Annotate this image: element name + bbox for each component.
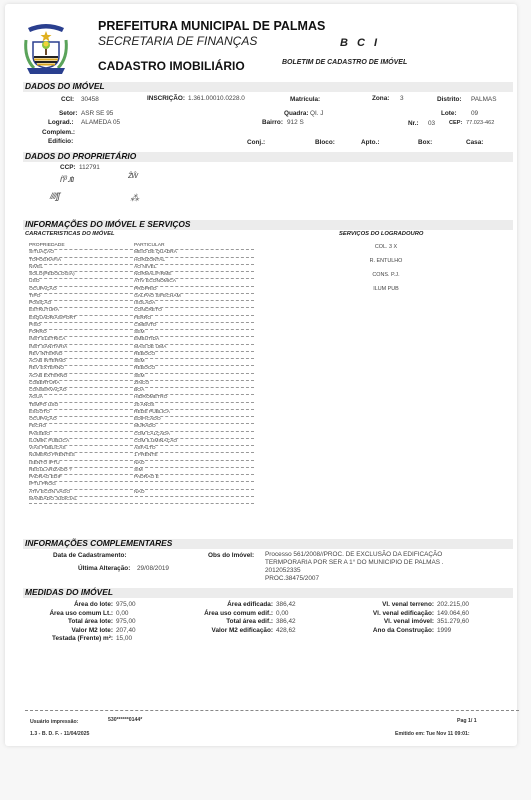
section-proprietario: DADOS DO PROPRIETÁRIO xyxy=(23,152,513,162)
caracteristica-row: IPTU PROG xyxy=(29,482,254,489)
medida-value: 386,42 xyxy=(276,618,296,625)
medida-label: Área edificada: xyxy=(227,601,273,608)
cep-value: 77.023-462 xyxy=(466,120,494,126)
caracteristica-key: TEMPO USO xyxy=(29,403,58,409)
medida-row: Área edificada:386,42 xyxy=(183,601,333,610)
caracteristica-key: FORRO xyxy=(29,330,47,336)
caracteristica-row: REV INTERNOREBOCO xyxy=(29,352,254,359)
caracteristica-row: FECHOMURADO xyxy=(29,424,254,431)
medida-label: Vl. venal imóvel: xyxy=(384,618,434,625)
medida-value: 0,00 xyxy=(276,610,288,617)
section-title: INFORMAÇÕES DO IMÓVEL E SERVIÇOS xyxy=(25,219,191,229)
redacted-owner-doc: ẑŵ xyxy=(128,170,137,180)
medida-label: Total área edif.: xyxy=(226,618,273,625)
setor-label: Setor: xyxy=(59,110,77,117)
caracteristica-value: EMBUTIDA xyxy=(134,337,159,343)
caracteristica-value: ASFALTO xyxy=(134,446,156,452)
section-title: MEDIDAS DO IMÓVEL xyxy=(25,587,113,597)
section-dados-imovel: DADOS DO IMÓVEL xyxy=(23,82,513,92)
caracteristica-value: CIMENTO xyxy=(134,323,156,329)
caracteristica-value: 20 ANOS xyxy=(134,403,154,409)
section-complementares: INFORMAÇÕES COMPLEMENTARES xyxy=(23,539,513,549)
medida-label: Área do lote: xyxy=(74,601,113,608)
caracteristica-key: REGULARIZADO ? xyxy=(29,468,72,474)
caracteristica-key: INST SANITÁRIA xyxy=(29,345,67,351)
section-title: DADOS DO PROPRIETÁRIO xyxy=(25,151,136,161)
caracteristica-key: INST ELÉTRICA xyxy=(29,337,65,343)
logradouro-service: ILUM PUB xyxy=(341,286,431,292)
caracteristica-row: TOPOGRAFIAHORIZONTAL xyxy=(29,258,254,265)
caracteristica-value: PADRAO E xyxy=(134,475,159,481)
obs-line: PROC.38475/2007 xyxy=(265,575,444,583)
caracteristica-row: TEMPO USO20 ANOS xyxy=(29,403,254,410)
lograd-value: ALAMEDA 05 xyxy=(81,119,120,126)
medida-label: Área uso comum Lt.: xyxy=(49,610,113,617)
medida-label: Ano da Construção: xyxy=(373,627,434,634)
caracteristica-row: ATIV ECON VAGONAO xyxy=(29,490,254,497)
caracteristica-row: ESGOTOREDE PÚBLICA xyxy=(29,410,254,417)
department: SECRETARIA DE FINANÇAS xyxy=(98,34,257,48)
cep-label: CEP: xyxy=(449,120,462,126)
caracteristica-key: TIPO xyxy=(29,294,40,300)
document-page: PREFEITURA MUNICIPAL DE PALMAS SECRETARI… xyxy=(5,4,517,746)
caracteristica-key: ATIV ECON VAGO xyxy=(29,490,70,496)
footer-divider xyxy=(25,710,519,711)
caracteristica-key: ACAB EXTERNO xyxy=(29,374,67,380)
medida-value: 0,00 xyxy=(116,610,128,617)
caracteristica-row: NUMERO FRENTES1 FRENTE xyxy=(29,453,254,460)
caracteristica-key: ESQUADRIAS/PORT xyxy=(29,316,76,322)
section-name: CADASTRO IMOBILIÁRIO xyxy=(98,59,245,73)
medida-row: Vl. venal terreno:202.215,00 xyxy=(359,601,494,610)
caracteristica-value: NÃO xyxy=(134,461,145,467)
usuario-impressao-value: 530******0144* xyxy=(108,717,142,723)
quadra-label: Quadra: xyxy=(284,110,309,117)
caracteristica-row: PASSEIOCOM CALÇADA xyxy=(29,432,254,439)
medida-row: Total área lote:975,00 xyxy=(23,618,173,627)
obs-line: Processo 561/2008//PROC. DE EXCLUSÃO DA … xyxy=(265,551,444,559)
medida-label: Vl. venal edificação: xyxy=(373,610,434,617)
caracteristica-key: MANDADO JUDICIAL xyxy=(29,497,77,503)
medida-value: 15,00 xyxy=(116,635,132,642)
caracteristica-value: PARTICULAR xyxy=(134,243,165,249)
zona-value: 3 xyxy=(400,95,404,102)
obs-line: 2012052335 xyxy=(265,567,444,575)
caracteristica-key: USO xyxy=(29,279,40,285)
medida-label: Valor M2 lote: xyxy=(71,627,113,634)
medidas-lote: Área do lote:975,00Área uso comum Lt.:0,… xyxy=(23,601,173,644)
caracteristica-value: HORIZONTAL xyxy=(134,258,165,264)
apto-label: Apto.: xyxy=(361,139,379,146)
caracteristica-row: INST ELÉTRICAEMBUTIDA xyxy=(29,337,254,344)
caracteristica-row: SITUAÇÃOMEIO DE QUADRA xyxy=(29,250,254,257)
caracteristica-row: OCUPAÇÃOPRÓPRIO xyxy=(29,287,254,294)
zona-label: Zona: xyxy=(372,95,389,102)
lote-value: 09 xyxy=(471,110,478,117)
caracteristica-value: COM ILUMINAÇÃO xyxy=(134,439,177,445)
caracteristica-value: FERRO xyxy=(134,316,151,322)
ccp-value: 112791 xyxy=(79,164,100,171)
caracteristica-key: ILUMIN. PÚBLICA xyxy=(29,439,69,445)
casa-label: Casa: xyxy=(466,139,483,146)
caracteristica-value: GALPÃO S/FECHAM xyxy=(134,294,181,300)
redacted-owner-extra: ⁂ xyxy=(130,193,138,204)
caracteristica-value: SEM xyxy=(134,359,145,365)
caracteristica-key: FECHO xyxy=(29,424,46,430)
ccp-label: CCP: xyxy=(60,164,76,171)
caracteristica-value: ATIV ECONOMICA xyxy=(134,279,176,285)
caracteristica-value: 1 FRENTE xyxy=(134,453,158,459)
caracteristica-value: BOA xyxy=(134,388,144,394)
medida-value: 202.215,00 xyxy=(437,601,469,608)
medida-value: 428,62 xyxy=(276,627,296,634)
caracteristica-key: COBERTURA xyxy=(29,381,60,387)
redacted-owner-address: ////ʃʃ xyxy=(50,191,59,201)
medidas-valor-venal: Vl. venal terreno:202.215,00Vl. venal ed… xyxy=(359,601,494,635)
caracteristica-value: SIM xyxy=(134,468,143,474)
caracteristica-value: NORMAL/FIRME xyxy=(134,272,172,278)
caracteristica-key: PROPRIEDADE xyxy=(29,243,65,249)
caracteristica-key: ISENTO IPTU xyxy=(29,461,60,467)
medida-row: Área do lote:975,00 xyxy=(23,601,173,610)
lote-label: Lote: xyxy=(441,110,457,117)
caracteristica-key: REV EXTERNO xyxy=(29,366,64,372)
medida-value: 975,00 xyxy=(116,618,136,625)
caracteristica-value: AO NIVEL xyxy=(134,265,157,271)
section-medidas: MEDIDAS DO IMÓVEL xyxy=(23,588,513,598)
data-cadastramento-label: Data de Cadastramento: xyxy=(53,552,127,559)
caracteristica-key: VIAS PÚBLICAS xyxy=(29,446,66,452)
medida-row: Área uso comum Lt.:0,00 xyxy=(23,610,173,619)
caracteristica-value: MEIO DE QUADRA xyxy=(134,250,177,256)
ultima-alteracao-value: 29/08/2019 xyxy=(137,565,169,572)
obs-line: TERMPORARIA POR SER A 1° DO MUNICIPIO DE… xyxy=(265,559,444,567)
org-name: PREFEITURA MUNICIPAL DE PALMAS xyxy=(98,19,325,33)
caracteristica-value: SEM xyxy=(134,374,145,380)
quadra-value: QI. J xyxy=(310,110,324,117)
medida-row: Vl. venal imóvel:351.279,60 xyxy=(359,618,494,627)
logradouro-title: SERVIÇOS DO LOGRADOURO xyxy=(339,231,423,237)
distrito-label: Distrito: xyxy=(437,96,462,103)
logradouro-service: CONS. P.J. xyxy=(341,272,431,278)
caracteristica-row: ESTRUTURACONCRETO xyxy=(29,308,254,315)
caracteristica-row: ISENTO IPTUNÃO xyxy=(29,461,254,468)
medida-row: Valor M2 lote:207,40 xyxy=(23,627,173,636)
caracteristica-row: ACAB EXTERNOSEM xyxy=(29,374,254,381)
medida-label: Valor M2 edificação: xyxy=(212,627,273,634)
obs-label: Obs do Imóvel: xyxy=(208,552,254,559)
caracteristica-value: MAIS DE UMA xyxy=(134,345,166,351)
medida-row: Área uso comum edif.:0,00 xyxy=(183,610,333,619)
caracteristica-key: TOPOGRAFIA xyxy=(29,258,61,264)
medida-row: Ano da Construção:1999 xyxy=(359,627,494,636)
caracteristica-key: OCUPAÇÃO xyxy=(29,287,57,293)
caracteristica-value: ISOLADA xyxy=(134,301,155,307)
caracteristica-row: PISOCIMENTO xyxy=(29,323,254,330)
version-info: 1.3 - B. D. F. - 11/04/2025 xyxy=(30,731,89,737)
cci-value: 30458 xyxy=(81,96,99,103)
box-label: Box: xyxy=(418,139,432,146)
caracteristica-value: EDIFICADO xyxy=(134,417,161,423)
logradouro-service: R. ENTULHO xyxy=(341,258,431,264)
caracteristicas-table: PROPRIEDADEPARTICULARSITUAÇÃOMEIO DE QUA… xyxy=(29,243,254,504)
caracteristicas-title: CARACTERISTICAS DO IMÓVEL xyxy=(25,231,115,237)
caracteristica-row: MANDADO JUDICIAL xyxy=(29,497,254,504)
edificio-label: Edifício: xyxy=(48,138,73,145)
medida-label: Área uso comum edif.: xyxy=(204,610,273,617)
caracteristica-row: REV EXTERNOREBOCO xyxy=(29,366,254,373)
medida-row: Total área edif.:386,42 xyxy=(183,618,333,627)
caracteristica-row: ESQUADRIAS/PORTFERRO xyxy=(29,316,254,323)
emitido-em: Emitido em: Tue Nov 11 09:01: xyxy=(395,731,470,737)
caracteristica-value: HIDRÔMETRO xyxy=(134,395,167,401)
bairro-label: Bairro: xyxy=(262,119,283,126)
caracteristica-key: POSIÇÃO xyxy=(29,301,51,307)
redacted-owner-name: ñ³ .ıtı xyxy=(60,174,74,184)
caracteristica-value: COM CALÇADA xyxy=(134,432,170,438)
caracteristica-key: ÁGUA xyxy=(29,395,43,401)
caracteristica-key: ACAB INTERNO xyxy=(29,359,66,365)
caracteristica-key: PISO xyxy=(29,323,41,329)
caracteristica-value: REDE PÚBLICA xyxy=(134,410,170,416)
medida-value: 351.279,60 xyxy=(437,618,469,625)
medida-label: Vl. venal terreno: xyxy=(382,601,434,608)
caracteristica-row: ILUMIN. PÚBLICACOM ILUMINAÇÃO xyxy=(29,439,254,446)
caracteristica-key: PASSEIO xyxy=(29,432,50,438)
complem-label: Complem.: xyxy=(42,129,75,136)
medida-row: Vl. venal edificação:149.064,60 xyxy=(359,610,494,619)
medida-value: 386,42 xyxy=(276,601,296,608)
matricula-label: Matrícula: xyxy=(290,96,320,103)
logradouro-service: COL. 3 X xyxy=(341,244,431,250)
coat-of-arms-icon xyxy=(22,18,70,78)
caracteristica-row: PADRAO EDIFPADRAO E xyxy=(29,475,254,482)
caracteristica-key: ESGOTO xyxy=(29,410,50,416)
inscricao-label: INSCRIÇÃO: xyxy=(147,95,185,102)
cci-label: CCI: xyxy=(61,96,74,103)
section-title: INFORMAÇÕES COMPLEMENTARES xyxy=(25,538,172,548)
caracteristica-key: OCUPAÇÃO xyxy=(29,417,57,423)
caracteristica-row: ÁGUAHIDRÔMETRO xyxy=(29,395,254,402)
caracteristica-row: USOATIV ECONOMICA xyxy=(29,279,254,286)
medida-value: 1999 xyxy=(437,627,451,634)
caracteristica-key: REV INTERNO xyxy=(29,352,62,358)
caracteristica-value: REBOCO xyxy=(134,366,155,372)
ultima-alteracao-label: Última Alteração: xyxy=(78,565,130,572)
caracteristica-row: TIPOGALPÃO S/FECHAM xyxy=(29,294,254,301)
conj-label: Conj.: xyxy=(247,139,265,146)
section-title: DADOS DO IMÓVEL xyxy=(25,81,105,91)
nr-label: Nr.: xyxy=(408,120,419,127)
caracteristica-value: MURADO xyxy=(134,424,156,430)
caracteristica-key: PADRAO EDIF xyxy=(29,475,62,481)
medida-label: Testada (Frente) m²: xyxy=(52,635,113,642)
doc-title: BOLETIM DE CADASTRO DE IMÓVEL xyxy=(282,59,407,66)
distrito-value: PALMAS xyxy=(471,96,496,103)
setor-value: ASR SE 95 xyxy=(81,110,113,117)
usuario-impressao-label: Usuário impressão: xyxy=(30,719,78,725)
medidas-edificacao: Área edificada:386,42Área uso comum edif… xyxy=(183,601,333,635)
caracteristica-key: NUMERO FRENTES xyxy=(29,453,75,459)
caracteristica-value: REBOCO xyxy=(134,352,155,358)
medida-value: 149.064,60 xyxy=(437,610,469,617)
caracteristica-value: ZINCO xyxy=(134,381,149,387)
inscricao-value: 1.361.00010.0228.0 xyxy=(188,95,245,102)
caracteristica-key: CONSERVAÇÃO xyxy=(29,388,67,394)
medida-label: Total área lote: xyxy=(68,618,113,625)
nr-value: 03 xyxy=(428,120,435,127)
doc-code: B C I xyxy=(340,37,380,49)
caracteristica-key: ESTRUTURA xyxy=(29,308,59,314)
bloco-label: Bloco: xyxy=(315,139,335,146)
caracteristica-row: COBERTURAZINCO xyxy=(29,381,254,388)
caracteristica-value: CONCRETO xyxy=(134,308,162,314)
medida-row: Testada (Frente) m²:15,00 xyxy=(23,635,173,644)
caracteristica-row: REGULARIZADO ?SIM xyxy=(29,468,254,475)
caracteristica-row: NIVELAO NIVEL xyxy=(29,265,254,272)
caracteristica-row: INST SANITÁRIAMAIS DE UMA xyxy=(29,345,254,352)
medida-value: 975,00 xyxy=(116,601,136,608)
medida-value: 207,40 xyxy=(116,627,136,634)
caracteristica-key: SITUAÇÃO xyxy=(29,250,54,256)
caracteristica-key: SOLO(PEDOLOGIA) xyxy=(29,272,75,278)
caracteristica-key: IPTU PROG xyxy=(29,482,56,488)
lograd-label: Lograd.: xyxy=(48,119,74,126)
caracteristica-value: NAO xyxy=(134,490,145,496)
bairro-value: 912 S xyxy=(287,119,304,126)
section-servicos: INFORMAÇÕES DO IMÓVEL E SERVIÇOS xyxy=(23,220,513,230)
obs-text: Processo 561/2008//PROC. DE EXCLUSÃO DA … xyxy=(265,551,444,583)
caracteristica-value: SEM xyxy=(134,330,145,336)
medida-row: Valor M2 edificação:428,62 xyxy=(183,627,333,636)
caracteristica-value: PRÓPRIO xyxy=(134,287,157,293)
page-number: Pag 1/ 1 xyxy=(457,718,477,724)
caracteristica-key: NIVEL xyxy=(29,265,43,271)
